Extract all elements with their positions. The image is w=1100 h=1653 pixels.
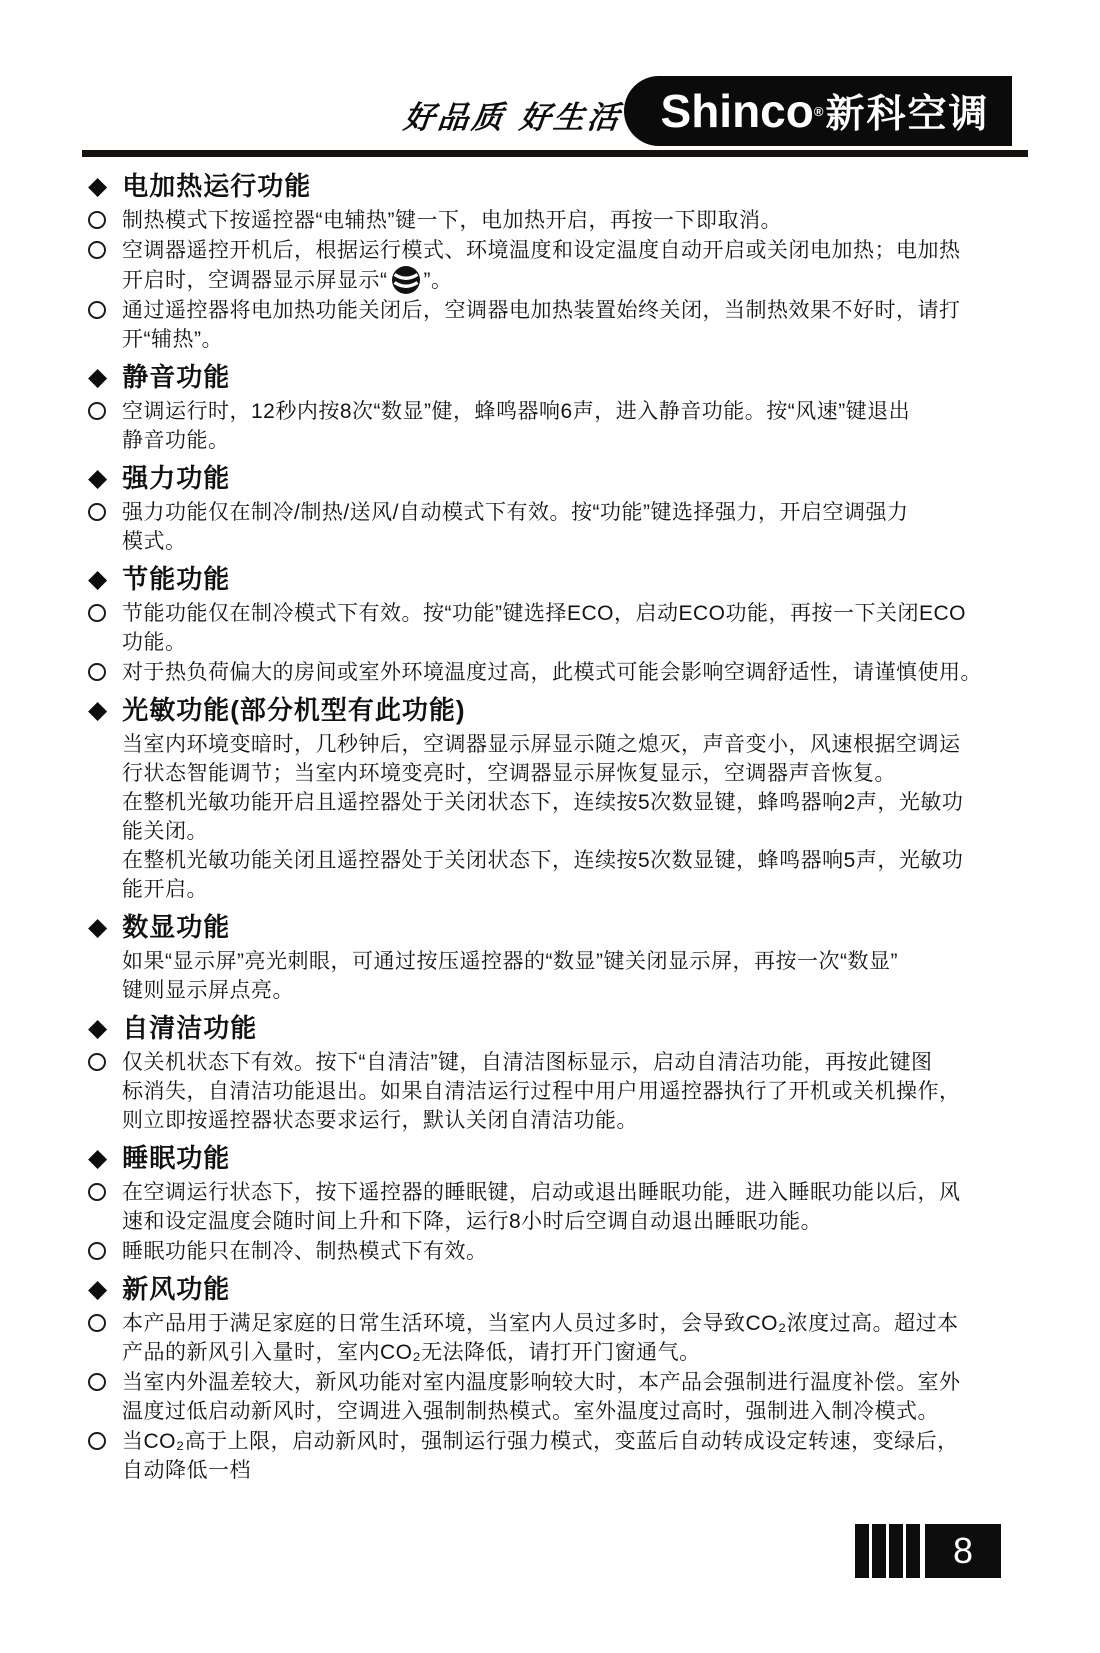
registered-mark-icon: ® xyxy=(814,104,824,119)
section-quiet: ◆ 静音功能 空调运行时，12秒内按8次“数显”健，蜂鸣器响6声，进入静音功能。… xyxy=(88,361,1010,455)
text-line: 强力功能仅在制冷/制热/送风/自动模式下有效。按“功能”键选择强力，开启空调强力 xyxy=(122,498,1010,527)
text-line: 在整机光敏功能关闭且遥控器处于关闭状态下，连续按5次数显键，蜂鸣器响5声，光敏功 xyxy=(122,846,1010,875)
circle-bullet-icon xyxy=(88,604,106,622)
section-fresh-air: ◆ 新风功能 本产品用于满足家庭的日常生活环境，当室内人员过多时，会导致CO₂浓… xyxy=(88,1273,1010,1485)
section-title: 新风功能 xyxy=(122,1273,230,1306)
section-electric-heating: ◆ 电加热运行功能 制热模式下按遥控器“电辅热”键一下，电加热开启，再按一下即取… xyxy=(88,170,1010,354)
bullet-spacer xyxy=(88,947,122,1005)
circle-bullet-icon xyxy=(88,663,106,681)
section-title: 节能功能 xyxy=(122,563,230,596)
footer-bar-icon xyxy=(855,1524,869,1578)
page-number-footer: 8 xyxy=(855,1524,1001,1578)
section-header: ◆ 数显功能 xyxy=(88,911,1010,944)
section-header: ◆ 新风功能 xyxy=(88,1273,1010,1306)
section-header: ◆ 自清洁功能 xyxy=(88,1012,1010,1045)
brand-logo: Shinco®新科空调 xyxy=(624,76,1012,146)
text-line: 制热模式下按遥控器“电辅热”键一下，电加热开启，再按一下即取消。 xyxy=(122,206,1010,235)
footer-bar-icon xyxy=(872,1524,886,1578)
text-line: 能关闭。 xyxy=(122,817,1010,846)
text-line: 功能。 xyxy=(122,628,1010,657)
circle-bullet-icon xyxy=(88,301,106,319)
text-line: 节能功能仅在制冷模式下有效。按“功能”键选择ECO，启动ECO功能，再按一下关闭… xyxy=(122,599,1010,628)
diamond-bullet-icon: ◆ xyxy=(88,1146,107,1171)
text-after-icon: ”。 xyxy=(424,269,453,292)
text-line-with-icon: 开启时，空调器显示屏显示“”。 xyxy=(122,265,1010,295)
section-title: 强力功能 xyxy=(122,462,230,495)
section-light-sensing: ◆ 光敏功能(部分机型有此功能) 当室内环境变暗时，几秒钟后，空调器显示屏显示随… xyxy=(88,694,1010,904)
manual-page: 好品质 好生活 Shinco®新科空调 ◆ 电加热运行功能 制热模式下按遥控器“… xyxy=(0,0,1100,1653)
diamond-bullet-icon: ◆ xyxy=(88,1277,107,1302)
circle-bullet-icon xyxy=(88,241,106,259)
shinco-wordmark: Shinco xyxy=(661,84,814,138)
list-item: 空调器遥控开机后，根据运行模式、环境温度和设定温度自动开启或关闭电加热；电加热 … xyxy=(88,236,1010,295)
list-item: 仅关机状态下有效。按下“自清洁”键，自清洁图标显示，启动自清洁功能，再按此键图 … xyxy=(88,1048,1010,1135)
text-line: 睡眠功能只在制冷、制热模式下有效。 xyxy=(122,1237,1010,1266)
text-line: 标消失，自清洁功能退出。如果自清洁运行过程中用户用遥控器执行了开机或关机操作， xyxy=(122,1077,1010,1106)
list-item: 对于热负荷偏大的房间或室外环境温度过高，此模式可能会影响空调舒适性，请谨慎使用。 xyxy=(88,658,1010,687)
diamond-bullet-icon: ◆ xyxy=(88,698,107,723)
diamond-bullet-icon: ◆ xyxy=(88,567,107,592)
diamond-bullet-icon: ◆ xyxy=(88,174,107,199)
list-item: 节能功能仅在制冷模式下有效。按“功能”键选择ECO，启动ECO功能，再按一下关闭… xyxy=(88,599,1010,657)
diamond-bullet-icon: ◆ xyxy=(88,915,107,940)
section-title: 静音功能 xyxy=(122,361,230,394)
text-line: 模式。 xyxy=(122,527,1010,556)
section-header: ◆ 节能功能 xyxy=(88,563,1010,596)
diamond-bullet-icon: ◆ xyxy=(88,1016,107,1041)
section-self-clean: ◆ 自清洁功能 仅关机状态下有效。按下“自清洁”键，自清洁图标显示，启动自清洁功… xyxy=(88,1012,1010,1135)
section-title: 电加热运行功能 xyxy=(122,170,311,203)
list-item: 制热模式下按遥控器“电辅热”键一下，电加热开启，再按一下即取消。 xyxy=(88,206,1010,235)
section-header: ◆ 静音功能 xyxy=(88,361,1010,394)
text-line: 能开启。 xyxy=(122,875,1010,904)
page-content: ◆ 电加热运行功能 制热模式下按遥控器“电辅热”键一下，电加热开启，再按一下即取… xyxy=(88,163,1010,1485)
text-line: 则立即按遥控器状态要求运行，默认关闭自清洁功能。 xyxy=(122,1106,1010,1135)
text-line: 键则显示屏点亮。 xyxy=(122,976,1010,1005)
list-item: 强力功能仅在制冷/制热/送风/自动模式下有效。按“功能”键选择强力，开启空调强力… xyxy=(88,498,1010,556)
diamond-bullet-icon: ◆ xyxy=(88,466,107,491)
text-line: 温度过低启动新风时，空调进入强制制热模式。室外温度过高时，强制进入制冷模式。 xyxy=(122,1397,1010,1426)
list-item: 通过遥控器将电加热功能关闭后，空调器电加热装置始终关闭，当制热效果不好时，请打 … xyxy=(88,296,1010,354)
circle-bullet-icon xyxy=(88,402,106,420)
page-number: 8 xyxy=(953,1530,973,1572)
list-item: 在空调运行状态下，按下遥控器的睡眠键，启动或退出睡眠功能，进入睡眠功能以后，风 … xyxy=(88,1178,1010,1236)
diamond-bullet-icon: ◆ xyxy=(88,365,107,390)
list-item: 当室内外温差较大，新风功能对室内温度影响较大时，本产品会强制进行温度补偿。室外 … xyxy=(88,1368,1010,1426)
text-line: 速和设定温度会随时间上升和下降，运行8小时后空调自动退出睡眠功能。 xyxy=(122,1207,1010,1236)
text-line: 当室内环境变暗时，几秒钟后，空调器显示屏显示随之熄灭，声音变小，风速根据空调运 xyxy=(122,730,1010,759)
brand-chinese-text: 新科空调 xyxy=(825,83,989,139)
text-line: 仅关机状态下有效。按下“自清洁”键，自清洁图标显示，启动自清洁功能，再按此键图 xyxy=(122,1048,1010,1077)
text-line: 空调运行时，12秒内按8次“数显”健，蜂鸣器响6声，进入静音功能。按“风速”键退… xyxy=(122,397,1010,426)
circle-bullet-icon xyxy=(88,211,106,229)
text-line: 通过遥控器将电加热功能关闭后，空调器电加热装置始终关闭，当制热效果不好时，请打 xyxy=(122,296,1010,325)
list-item: 睡眠功能只在制冷、制热模式下有效。 xyxy=(88,1237,1010,1266)
section-title: 自清洁功能 xyxy=(122,1012,257,1045)
bullet-spacer xyxy=(88,730,122,904)
section-header: ◆ 光敏功能(部分机型有此功能) xyxy=(88,694,1010,727)
circle-bullet-icon xyxy=(88,1432,106,1450)
section-eco: ◆ 节能功能 节能功能仅在制冷模式下有效。按“功能”键选择ECO，启动ECO功能… xyxy=(88,563,1010,687)
heater-display-icon xyxy=(388,269,424,292)
text-line: 如果“显示屏”亮光刺眼，可通过按压遥控器的“数显”键关闭显示屏，再按一次“数显” xyxy=(122,947,1010,976)
circle-bullet-icon xyxy=(88,1373,106,1391)
circle-bullet-icon xyxy=(88,1242,106,1260)
section-sleep: ◆ 睡眠功能 在空调运行状态下，按下遥控器的睡眠键，启动或退出睡眠功能，进入睡眠… xyxy=(88,1142,1010,1266)
section-digital-display: ◆ 数显功能 如果“显示屏”亮光刺眼，可通过按压遥控器的“数显”键关闭显示屏，再… xyxy=(88,911,1010,1005)
list-item: 当CO₂高于上限，启动新风时，强制运行强力模式，变蓝后自动转成设定转速，变绿后，… xyxy=(88,1427,1010,1485)
circle-bullet-icon xyxy=(88,503,106,521)
text-before-icon: 开启时，空调器显示屏显示“ xyxy=(122,269,388,292)
circle-bullet-icon xyxy=(88,1314,106,1332)
section-title: 数显功能 xyxy=(122,911,230,944)
text-line: 在整机光敏功能开启且遥控器处于关闭状态下，连续按5次数显键，蜂鸣器响2声，光敏功 xyxy=(122,788,1010,817)
text-line: 静音功能。 xyxy=(122,426,1010,455)
list-item: 本产品用于满足家庭的日常生活环境，当室内人员过多时，会导致CO₂浓度过高。超过本… xyxy=(88,1309,1010,1367)
text-line: 空调器遥控开机后，根据运行模式、环境温度和设定温度自动开启或关闭电加热；电加热 xyxy=(122,236,1010,265)
section-header: ◆ 睡眠功能 xyxy=(88,1142,1010,1175)
text-line: 自动降低一档 xyxy=(122,1456,1010,1485)
text-line: 对于热负荷偏大的房间或室外环境温度过高，此模式可能会影响空调舒适性，请谨慎使用。 xyxy=(122,658,1010,687)
footer-bar-icon xyxy=(906,1524,920,1578)
text-line: 当室内外温差较大，新风功能对室内温度影响较大时，本产品会强制进行温度补偿。室外 xyxy=(122,1368,1010,1397)
footer-bar-icon xyxy=(889,1524,903,1578)
text-line: 开“辅热”。 xyxy=(122,325,1010,354)
section-title: 睡眠功能 xyxy=(122,1142,230,1175)
list-item: 空调运行时，12秒内按8次“数显”健，蜂鸣器响6声，进入静音功能。按“风速”键退… xyxy=(88,397,1010,455)
section-powerful: ◆ 强力功能 强力功能仅在制冷/制热/送风/自动模式下有效。按“功能”键选择强力… xyxy=(88,462,1010,556)
circle-bullet-icon xyxy=(88,1053,106,1071)
paragraph-block: 如果“显示屏”亮光刺眼，可通过按压遥控器的“数显”键关闭显示屏，再按一次“数显”… xyxy=(88,947,1010,1005)
slogan-text: 好品质 好生活 xyxy=(402,92,625,137)
page-number-box: 8 xyxy=(925,1524,1001,1578)
section-title: 光敏功能(部分机型有此功能) xyxy=(122,694,465,727)
text-line: 当CO₂高于上限，启动新风时，强制运行强力模式，变蓝后自动转成设定转速，变绿后， xyxy=(122,1427,1010,1456)
paragraph-block: 当室内环境变暗时，几秒钟后，空调器显示屏显示随之熄灭，声音变小，风速根据空调运 … xyxy=(88,730,1010,904)
text-line: 产品的新风引入量时，室内CO₂无法降低，请打开门窗通气。 xyxy=(122,1338,1010,1367)
header-divider xyxy=(82,150,1028,157)
text-line: 本产品用于满足家庭的日常生活环境，当室内人员过多时，会导致CO₂浓度过高。超过本 xyxy=(122,1309,1010,1338)
section-header: ◆ 强力功能 xyxy=(88,462,1010,495)
text-line: 行状态智能调节；当室内环境变亮时，空调器显示屏恢复显示，空调器声音恢复。 xyxy=(122,759,1010,788)
section-header: ◆ 电加热运行功能 xyxy=(88,170,1010,203)
text-line: 在空调运行状态下，按下遥控器的睡眠键，启动或退出睡眠功能，进入睡眠功能以后，风 xyxy=(122,1178,1010,1207)
circle-bullet-icon xyxy=(88,1183,106,1201)
